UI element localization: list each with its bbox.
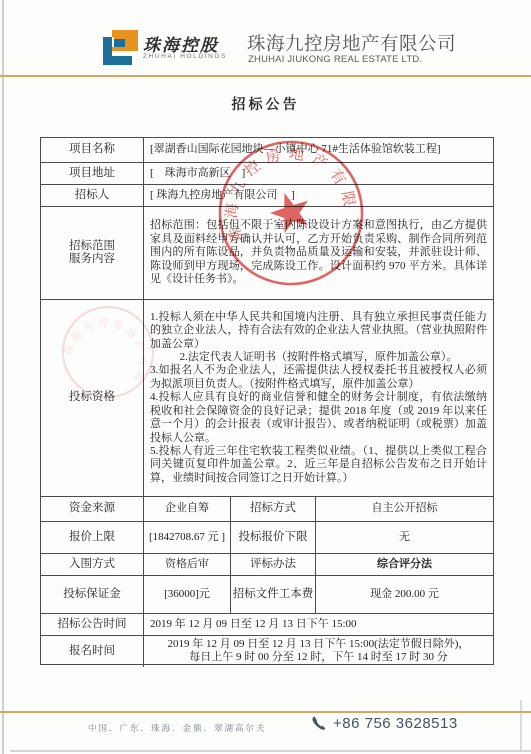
price-floor-value: 无: [315, 522, 493, 553]
qualification-item-4: 4.投标人应具有良好的商业信誉和健全的财务会计制度，有依法缴纳税收和社会保障资金…: [150, 391, 487, 445]
header-divider: [0, 75, 531, 77]
footer-address: 中国．广东．珠海．金鼎．翠湖高尔夫: [88, 722, 267, 734]
row-project-name: 项目名称 [翠湖香山国际花园地块—小镇中心 71#生活体验馆软装工程]: [41, 138, 493, 162]
project-address-value: [ 珠海市高新区 ]: [143, 163, 493, 184]
footer-divider: [0, 711, 531, 713]
tender-method-label: 招标方式: [230, 497, 315, 521]
shortlist-value: 资格后审: [143, 554, 230, 575]
project-address-label: 项目地址: [41, 163, 143, 184]
register-time-value: 2019 年 12 月 09 日至 12 月 13 日下午 15:00(法定节假…: [143, 636, 493, 667]
qualification-item-1: 1.投标人须在中华人民共和国境内注册、具有独立承担民事责任能力的独立企业法人，持…: [150, 311, 487, 351]
announce-time-value: 2019 年 12 月 09 日至 12 月 13 日下午 15:00: [143, 614, 493, 635]
qualification-item-2: 2.法定代表人证明书（按附件格式填写，原件加盖公章）。: [180, 351, 458, 364]
row-tenderee: 招标人 [ 珠海九控房地产有限公司 ]: [41, 184, 493, 206]
company-name-en: ZHUHAI JIUKONG REAL ESTATE LTD.: [248, 54, 422, 65]
price-cap-value: [1842708.67 元 ]: [143, 522, 230, 553]
row-shortlist: 入围方式 资格后审 评标办法 综合评分法: [41, 553, 493, 575]
deposit-value: [36000]元: [143, 576, 230, 613]
price-cap-label: 报价上限: [41, 522, 143, 553]
shortlist-label: 入围方式: [41, 554, 143, 575]
scope-label-line1: 招标范围: [69, 240, 115, 253]
row-announce-time: 招标公告时间 2019 年 12 月 09 日至 12 月 13 日下午 15:…: [41, 613, 493, 635]
funding-label: 资金来源: [41, 497, 143, 521]
funding-value: 企业自筹: [143, 497, 230, 521]
scope-value-text: 招标范围：包括但不限于室内陈设设计方案和意图执行，由乙方提供家具及面料经甲方确认…: [150, 219, 487, 286]
row-price-cap: 报价上限 [1842708.67 元 ] 投标报价下限 无: [41, 521, 493, 553]
evaluation-label: 评标办法: [230, 554, 315, 575]
price-floor-label: 投标报价下限: [230, 522, 315, 553]
footer-phone-block: +86 756 3628513: [311, 715, 458, 732]
qualification-item-5: 5.投标人有近三年住宅软装工程类似业绩。（1、提供以上类似工程合同关键页复印件加…: [150, 445, 487, 485]
qualification-value: 1.投标人须在中华人民共和国境内注册、具有独立承担民事责任能力的独立企业法人，持…: [143, 300, 493, 496]
phone-icon: [311, 716, 326, 731]
row-qualification: 投标资格 1.投标人须在中华人民共和国境内注册、具有独立承担民事责任能力的独立企…: [41, 299, 493, 496]
scope-label-line2: 服务内容: [69, 253, 115, 266]
row-register-time: 报名时间 2019 年 12 月 09 日至 12 月 13 日下午 15:00…: [41, 635, 493, 664]
deposit-label: 投标保证金: [41, 576, 143, 613]
scope-value: 招标范围：包括但不限于室内陈设设计方案和意图执行，由乙方提供家具及面料经甲方确认…: [143, 207, 493, 299]
tenderee-label: 招标人: [41, 185, 143, 206]
row-funding: 资金来源 企业自筹 招标方式 自主公开招标: [41, 496, 493, 521]
qualification-item-3: 3.如报名人不为企业法人，还需提供法人授权委托书且被授权人必须为拟派项目负责人。…: [150, 364, 487, 391]
document-page: 珠海控股 ZHUHAI HOLDINGS 珠海九控房地产有限公司 ZHUHAI …: [0, 0, 531, 754]
tender-method-value: 自主公开招标: [315, 497, 493, 521]
evaluation-value: 综合评分法: [315, 554, 493, 575]
zhuhai-holdings-logo-icon: [103, 30, 138, 65]
row-scope: 招标范围 服务内容 招标范围：包括但不限于室内陈设设计方案和意图执行，由乙方提供…: [41, 206, 493, 299]
project-name-value: [翠湖香山国际花园地块—小镇中心 71#生活体验馆软装工程]: [143, 138, 493, 162]
row-project-address: 项目地址 [ 珠海市高新区 ]: [41, 162, 493, 184]
company-name-cn: 珠海九控房地产有限公司: [247, 30, 456, 56]
register-time-label: 报名时间: [41, 636, 143, 667]
scan-edge-bottom: [10, 750, 531, 752]
scope-label: 招标范围 服务内容: [41, 207, 143, 299]
brand-name-en: ZHUHAI HOLDINGS: [143, 53, 227, 60]
doc-title: 招标公告: [0, 94, 531, 114]
register-time-line1: 2019 年 12 月 09 日至 12 月 13 日下午 15:00(法定节假…: [168, 638, 470, 651]
announce-time-label: 招标公告时间: [41, 614, 143, 635]
project-name-label: 项目名称: [41, 138, 143, 162]
footer-phone-number: +86 756 3628513: [333, 715, 458, 732]
qualification-label: 投标资格: [41, 300, 143, 496]
tender-table: 项目名称 [翠湖香山国际花园地块—小镇中心 71#生活体验馆软装工程] 项目地址…: [40, 137, 494, 665]
row-deposit: 投标保证金 [36000]元 招标文件工本费 现金 200.00 元: [41, 575, 493, 613]
doc-fee-value: 现金 200.00 元: [315, 576, 493, 613]
doc-fee-label: 招标文件工本费: [230, 576, 315, 613]
tenderee-value: [ 珠海九控房地产有限公司 ]: [143, 185, 493, 206]
register-time-line2: 每日上午 9 时 00 分至 12 时，下午 14 时至 17 时 30 分: [189, 651, 448, 664]
scan-edge-right: [520, 700, 522, 750]
